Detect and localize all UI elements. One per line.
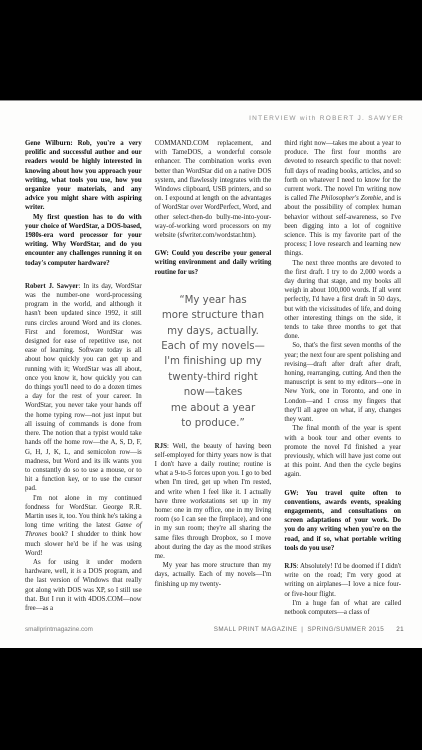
column-2: COMMAND.COM replacement, and with TameDO… <box>155 139 272 617</box>
pull-quote-text: “My year hasmore structure thanmy days, … <box>161 295 265 429</box>
paragraph: Robert J. Sawyer: In its day, WordStar w… <box>25 282 142 494</box>
paragraph: RJS: Well, the beauty of having been sel… <box>155 442 272 562</box>
footer-magazine-info: SMALL PRINT MAGAZINE|SPRING/SUMMER 20152… <box>214 626 404 633</box>
footer-separator: | <box>301 626 303 633</box>
column-3: third right now—takes me about a year to… <box>284 139 401 617</box>
paragraph: Gene Wilburn: Rob, you're a very prolifi… <box>25 139 142 213</box>
paragraph: I'm not alone in my continued fondness f… <box>25 494 142 558</box>
column-2-top: COMMAND.COM replacement, and with TameDO… <box>155 139 272 277</box>
paragraph: So, that's the first seven months of the… <box>284 341 401 424</box>
paragraph: RJS: Absolutely! I'd be doomed if I didn… <box>284 562 401 599</box>
footer-page-number: 21 <box>396 626 404 633</box>
paragraph: The final month of the year is spent wit… <box>284 424 401 479</box>
bottom-banner <box>0 648 422 750</box>
column-2-bottom: RJS: Well, the beauty of having been sel… <box>155 442 272 589</box>
paragraph: GW: Could you describe your general writ… <box>155 249 272 277</box>
paragraph: The next three months are devoted to the… <box>284 259 401 342</box>
paragraph: My year has more structure than my days,… <box>155 561 272 589</box>
paragraph: My first question has to do with your ch… <box>25 213 142 268</box>
paragraph: I'm a huge fan of what are called netboo… <box>284 599 401 617</box>
footer-site-url: smallprintmagazine.com <box>25 626 93 633</box>
pull-quote: “My year hasmore structure thanmy days, … <box>155 293 272 432</box>
column-1: Gene Wilburn: Rob, you're a very prolifi… <box>25 139 142 617</box>
paragraph: GW: You travel quite often to convention… <box>284 489 401 553</box>
footer-magazine-name: SMALL PRINT MAGAZINE <box>214 626 298 633</box>
page-footer: smallprintmagazine.com SMALL PRINT MAGAZ… <box>25 626 404 633</box>
article-kicker: INTERVIEW with ROBERT J. SAWYER <box>249 115 404 122</box>
article-body: Gene Wilburn: Rob, you're a very prolifi… <box>25 139 401 617</box>
top-banner <box>0 0 422 101</box>
paragraph: As for using it under modern hardware, w… <box>25 558 142 613</box>
paragraph: third right now—takes me about a year to… <box>284 139 401 259</box>
paragraph: COMMAND.COM replacement, and with TameDO… <box>155 139 272 240</box>
footer-issue: SPRING/SUMMER 2015 <box>307 626 384 633</box>
